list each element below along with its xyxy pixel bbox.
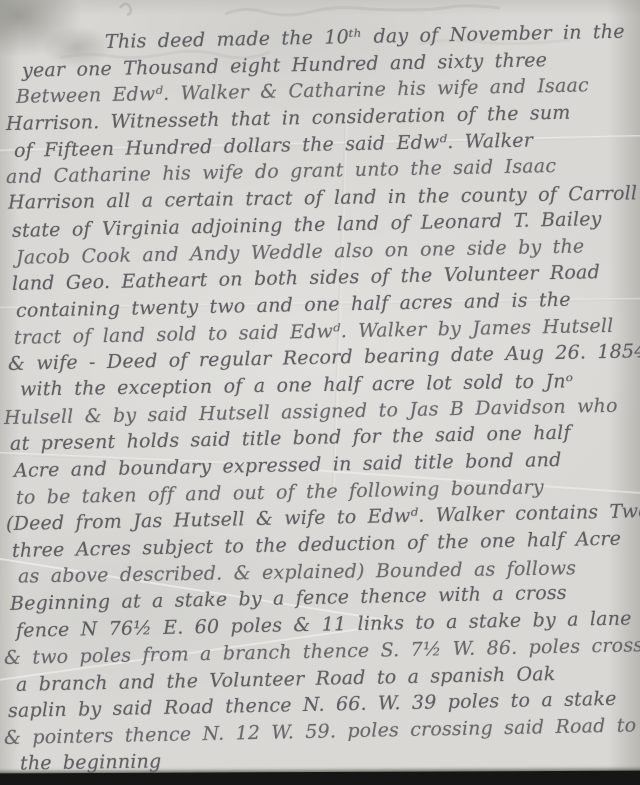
deed-text: This deed made the 10ᵗʰ day of November … bbox=[0, 26, 640, 773]
scan-bottom-edge bbox=[0, 771, 640, 785]
deed-scan-page: This deed made the 10ᵗʰ day of November … bbox=[0, 0, 640, 785]
